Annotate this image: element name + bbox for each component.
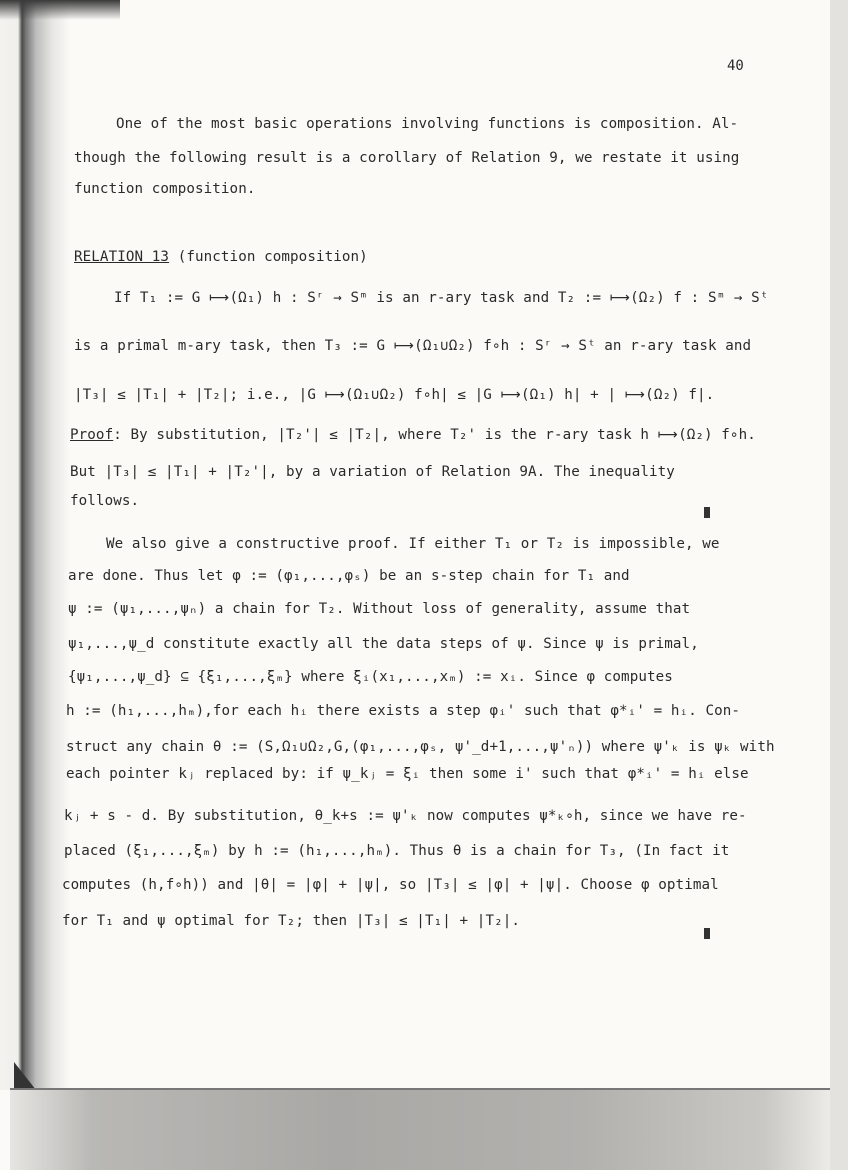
constructive-line-8: each pointer kⱼ replaced by: if ψ_kⱼ = ξ… (66, 766, 749, 782)
relation-line-1: If T₁ := G ⟼(Ω₁) h : Sʳ → Sᵐ is an r-ary… (114, 290, 768, 306)
right-scan-edge (830, 0, 848, 1170)
page-number: 40 (727, 58, 744, 74)
constructive-line-2: are done. Thus let φ := (φ₁,...,φₛ) be a… (68, 568, 630, 584)
proof-label: Proof (70, 427, 113, 443)
constructive-line-10: placed (ξ₁,...,ξₘ) by h := (h₁,...,hₘ). … (64, 843, 729, 859)
intro-line-1: One of the most basic operations involvi… (116, 116, 738, 132)
constructive-line-1: We also give a constructive proof. If ei… (106, 536, 720, 552)
constructive-line-7: struct any chain θ := (S,Ω₁∪Ω₂,G,(φ₁,...… (66, 739, 775, 755)
intro-line-2: though the following result is a corolla… (74, 150, 739, 166)
constructive-line-6: h := (h₁,...,hₘ),for each hᵢ there exist… (66, 703, 740, 719)
qed-mark-2 (704, 928, 710, 939)
intro-line-3: function composition. (74, 181, 255, 197)
relation-title: (function composition) (169, 249, 368, 265)
page-corner (14, 1062, 36, 1090)
constructive-line-4: ψ₁,...,ψ_d constitute exactly all the da… (68, 636, 699, 652)
proof-line-1: Proof: By substitution, |T₂'| ≤ |T₂|, wh… (70, 427, 756, 443)
constructive-line-3: ψ := (ψ₁,...,ψₙ) a chain for T₂. Without… (68, 601, 690, 617)
proof-line-2: But |T₃| ≤ |T₁| + |T₂'|, by a variation … (70, 464, 675, 480)
constructive-line-9: kⱼ + s - d. By substitution, θ_k+s := ψ'… (64, 808, 747, 824)
relation-heading: RELATION 13 (function composition) (74, 249, 368, 265)
relation-line-3: |T₃| ≤ |T₁| + |T₂|; i.e., |G ⟼(Ω₁∪Ω₂) f∘… (74, 387, 714, 403)
bottom-scan-shadow (10, 1088, 830, 1170)
proof-text-1: : By substitution, |T₂'| ≤ |T₂|, where T… (113, 427, 756, 443)
proof-line-3: follows. (70, 493, 139, 509)
constructive-line-12: for T₁ and ψ optimal for T₂; then |T₃| ≤… (62, 913, 520, 929)
constructive-line-5: {ψ₁,...,ψ_d} ⊆ {ξ₁,...,ξₘ} where ξᵢ(x₁,.… (68, 669, 673, 685)
relation-label: RELATION 13 (74, 249, 169, 265)
binding-shadow (0, 0, 70, 1090)
relation-line-2: is a primal m-ary task, then T₃ := G ⟼(Ω… (74, 338, 751, 354)
top-shadow (0, 0, 120, 20)
constructive-line-11: computes (h,f∘h)) and |θ| = |φ| + |ψ|, s… (62, 877, 719, 893)
document-page: 40 One of the most basic operations invo… (0, 0, 830, 1170)
qed-mark-1 (704, 507, 710, 518)
